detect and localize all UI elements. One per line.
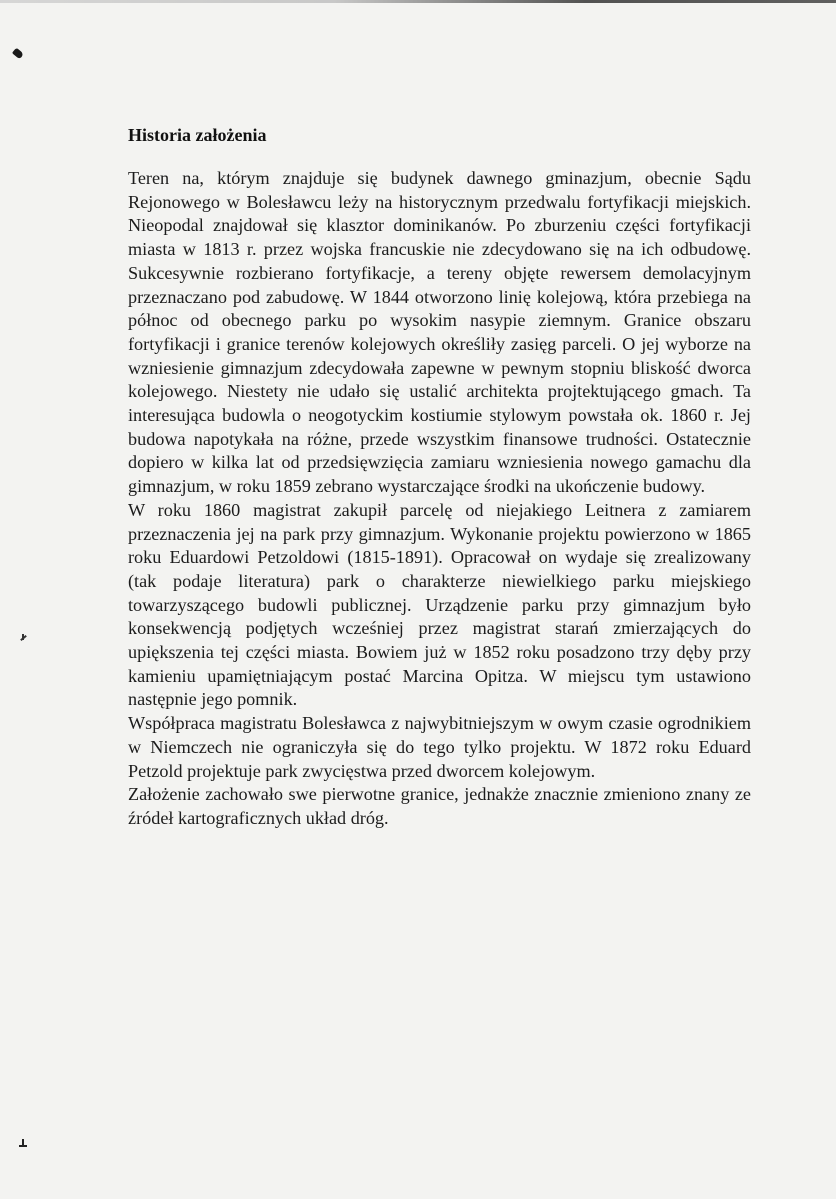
crop-mark-icon xyxy=(22,1139,24,1147)
binding-mark-icon xyxy=(12,48,24,60)
paragraph: Współpraca magistratu Bolesławca z najwy… xyxy=(128,712,751,783)
scanned-page: Historia założenia Teren na, którym znaj… xyxy=(0,0,836,1199)
paragraph: W roku 1860 magistrat zakupił parcelę od… xyxy=(128,499,751,712)
tick-mark-icon xyxy=(22,634,24,640)
body-text: Teren na, którym znajduje się budynek da… xyxy=(128,167,751,831)
paragraph: Założenie zachowało swe pierwotne granic… xyxy=(128,783,751,830)
section-heading: Historia założenia xyxy=(128,124,266,146)
paragraph: Teren na, którym znajduje się budynek da… xyxy=(128,167,751,499)
scan-top-edge xyxy=(0,0,836,3)
